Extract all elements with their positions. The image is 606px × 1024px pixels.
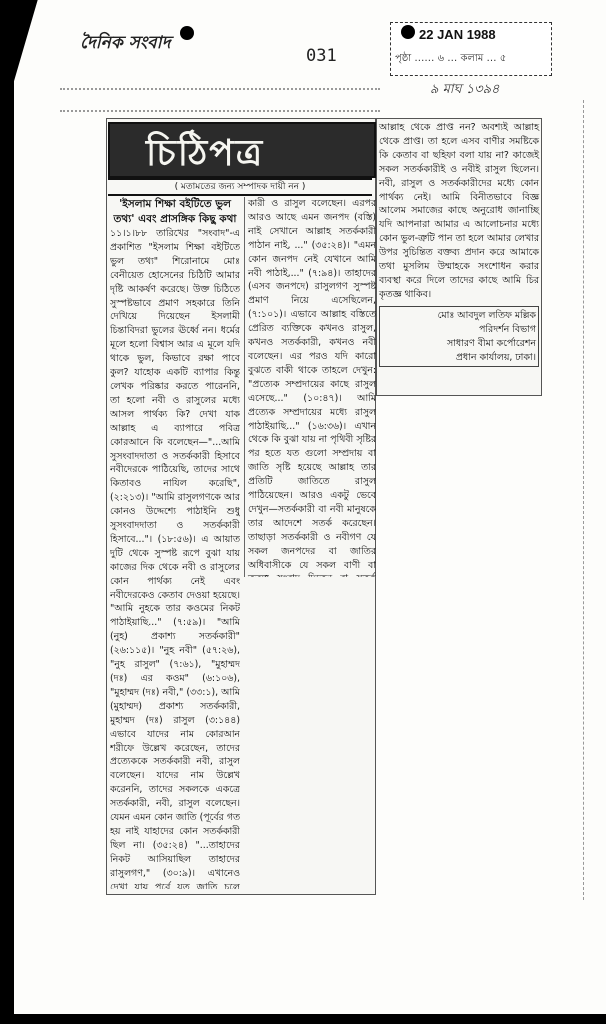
punch-hole-icon <box>180 26 194 40</box>
stamp-column-value: ৫ <box>500 53 507 64</box>
editor-disclaimer: ( মতামতের জন্য সম্পাদক দায়ী নন ) <box>108 178 372 196</box>
divider <box>60 110 380 112</box>
divider <box>60 88 380 90</box>
article-column-2: কারী ও রাসুল বলেছেন। এরপর আরও আছে এমন জন… <box>244 197 376 577</box>
section-masthead: চিঠিপত্র <box>108 122 376 178</box>
newspaper-name: দৈনিক সংবাদ <box>80 30 171 58</box>
article-headline: 'ইসলাম শিক্ষা বইটিতে ভুল তথ্য' এবং প্রাস… <box>110 197 240 227</box>
stamp-page-label: পৃষ্ঠা <box>395 53 411 64</box>
date-stamp: 22 JAN 1988 পৃষ্ঠা …… ৬ … কলাম … ৫ <box>390 22 552 76</box>
stamp-date: 22 JAN 1988 <box>419 27 496 42</box>
section-title: চিঠিপত্র <box>146 126 264 186</box>
article-column-3: আল্লাহ থেকে প্রাপ্ত নন? অবশ্যই আল্লাহ থে… <box>376 118 542 396</box>
article-column-1: 'ইসলাম শিক্ষা বইটিতে ভুল তথ্য' এবং প্রাস… <box>110 197 240 889</box>
handwritten-date: ৯ মাঘ ১৩৯৪ <box>430 80 499 101</box>
file-number: 031 <box>306 46 337 66</box>
punch-hole-icon <box>401 25 415 39</box>
margin-marks <box>583 100 584 900</box>
signature-organization: সাধারণ বীমা কর্পোরেশন <box>382 337 536 351</box>
stamp-page-column: পৃষ্ঠা …… ৬ … কলাম … ৫ <box>395 51 506 68</box>
stamp-page-value: ৬ <box>438 53 445 64</box>
signature-department: পরিদর্শন বিভাগ <box>382 323 536 337</box>
signature-office: প্রধান কার্যালয়, ঢাকা। <box>382 351 536 365</box>
signature-block: মোঃ আবদুল লতিফ মল্লিক পরিদর্শন বিভাগ সাধ… <box>379 306 539 368</box>
column-1-text: ১১।১।৮৮ তারিখের "সংবাদ"-এ প্রকাশিত "ইসলা… <box>110 227 240 889</box>
stamp-column-label: কলাম <box>460 53 483 64</box>
column-2-text: কারী ও রাসুল বলেছেন। এরপর আরও আছে এমন জন… <box>248 197 376 577</box>
column-3-text: আল্লাহ থেকে প্রাপ্ত নন? অবশ্যই আল্লাহ থে… <box>379 121 539 302</box>
signature-name: মোঃ আবদুল লতিফ মল্লিক <box>382 309 536 323</box>
